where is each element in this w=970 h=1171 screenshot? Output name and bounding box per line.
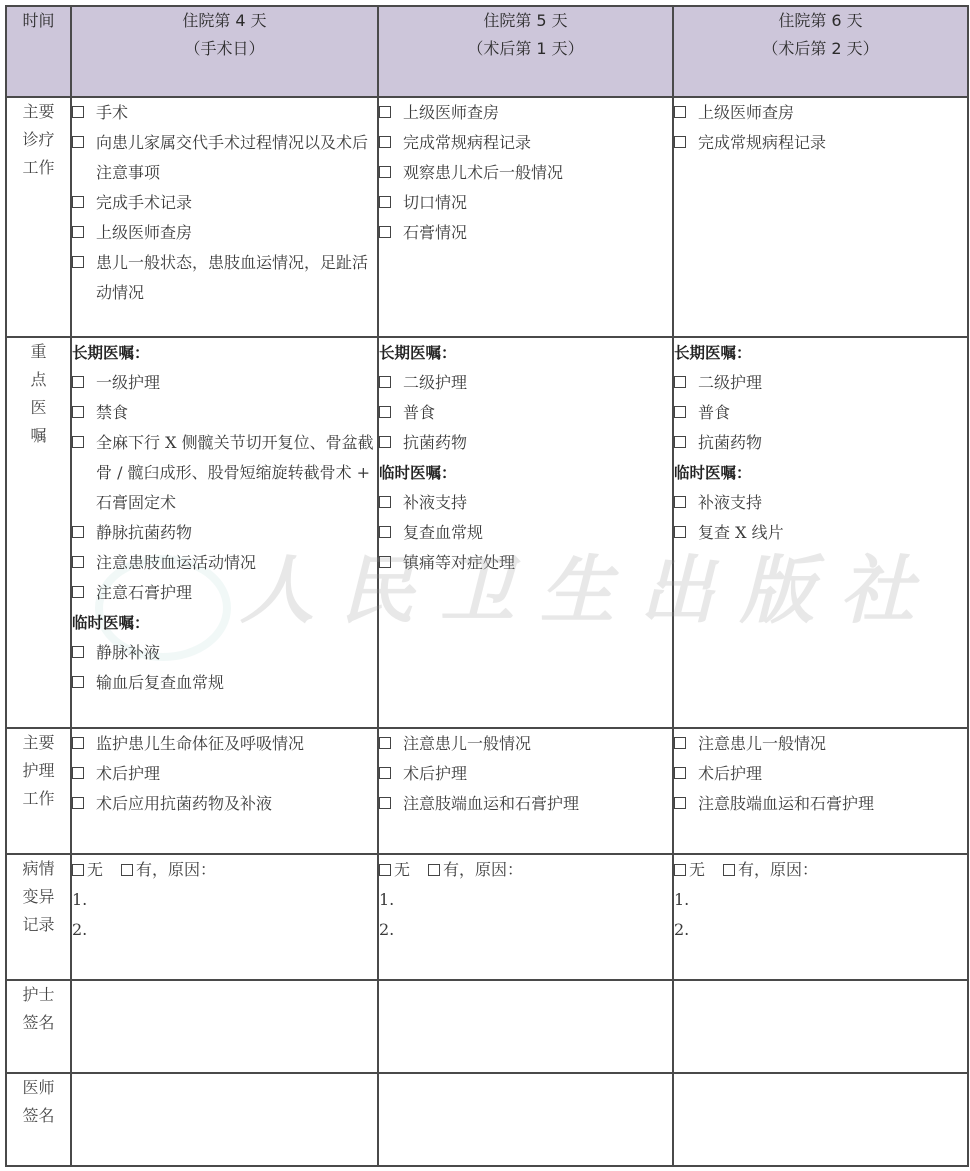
checkbox-icon[interactable] (72, 676, 84, 688)
checklist-item: 镇痛等对症处理 (379, 548, 672, 578)
row-label-text: 工作 (7, 785, 70, 813)
checkbox-none-icon[interactable] (674, 864, 686, 876)
checklist-item-label: 观察患儿术后一般情况 (403, 163, 563, 182)
checklist-item-label: 术后护理 (698, 764, 762, 783)
checklist-item-label: 复查血常规 (403, 523, 483, 542)
checklist-item: 全麻下行 X 侧髋关节切开复位、骨盆截骨 / 髋臼成形、股骨短缩旋转截骨术 + … (72, 428, 377, 518)
long-term-orders-heading: 长期医嘱： (674, 338, 967, 368)
checkbox-icon[interactable] (379, 797, 391, 809)
checklist-item: 石膏情况 (379, 218, 672, 248)
checkbox-icon[interactable] (379, 767, 391, 779)
checklist-item: 术后护理 (674, 759, 967, 789)
row-label-text: 主要 (7, 729, 70, 757)
checkbox-icon[interactable] (379, 226, 391, 238)
variance-options: 无有，原因： (379, 855, 672, 885)
doctor-signature-field[interactable] (673, 1073, 968, 1166)
day-header: 住院第 4 天 （手术日） (71, 6, 378, 97)
row-label-text: 病情 (7, 855, 70, 883)
checklist-item-label: 全麻下行 X 侧髋关节切开复位、骨盆截骨 / 髋臼成形、股骨短缩旋转截骨术 + … (96, 433, 374, 512)
nursing-row: 主要护理工作 监护患儿生命体征及呼吸情况术后护理术后应用抗菌药物及补液 注意患儿… (6, 728, 968, 854)
checklist-item-label: 完成常规病程记录 (698, 133, 826, 152)
option-none-label: 无 (87, 860, 103, 879)
variance-line-2[interactable]: 2. (379, 915, 672, 945)
nurse-signature-field[interactable] (378, 980, 673, 1073)
clinical-pathway-table: 时间 住院第 4 天 （手术日） 住院第 5 天 （术后第 1 天） 住院第 6… (5, 5, 969, 1167)
checklist-item: 输血后复查血常规 (72, 668, 377, 698)
diagnosis-cell: 上级医师查房完成常规病程记录观察患儿术后一般情况切口情况石膏情况 (378, 97, 673, 337)
checkbox-icon[interactable] (674, 436, 686, 448)
option-has-label: 有，原因： (443, 860, 523, 879)
row-label-text: 医 (7, 394, 70, 422)
checkbox-icon[interactable] (72, 436, 84, 448)
checklist-item: 术后护理 (72, 759, 377, 789)
checklist-item-label: 禁食 (96, 403, 128, 422)
checklist-item: 一级护理 (72, 368, 377, 398)
checklist-item: 上级医师查房 (72, 218, 377, 248)
nurse-signature-field[interactable] (673, 980, 968, 1073)
checkbox-icon[interactable] (379, 106, 391, 118)
row-label-text: 主要 (7, 98, 70, 126)
checkbox-icon[interactable] (72, 797, 84, 809)
variance-row: 病情变异记录 无有，原因：1.2. 无有，原因：1.2. 无有，原因：1.2. (6, 854, 968, 980)
checklist-item-label: 注意石膏护理 (96, 583, 192, 602)
checkbox-has-icon[interactable] (428, 864, 440, 876)
option-has-label: 有，原因： (738, 860, 818, 879)
variance-line-1[interactable]: 1. (674, 885, 967, 915)
row-label: 病情变异记录 (6, 854, 71, 980)
checklist-item-label: 静脉补液 (96, 643, 160, 662)
clinical-pathway-page: 时间 住院第 4 天 （手术日） 住院第 5 天 （术后第 1 天） 住院第 6… (0, 0, 970, 1171)
checklist-item: 注意石膏护理 (72, 578, 377, 608)
variance-line-2[interactable]: 2. (72, 915, 377, 945)
checklist-item-label: 镇痛等对症处理 (403, 553, 515, 572)
diagnosis-row: 主要诊疗工作 手术向患儿家属交代手术过程情况以及术后注意事项完成手术记录上级医师… (6, 97, 968, 337)
checklist-item: 观察患儿术后一般情况 (379, 158, 672, 188)
checklist-item: 补液支持 (379, 488, 672, 518)
checkbox-icon[interactable] (379, 136, 391, 148)
checkbox-none-icon[interactable] (379, 864, 391, 876)
diagnosis-cell: 上级医师查房完成常规病程记录 (673, 97, 968, 337)
checklist-item: 抗菌药物 (674, 428, 967, 458)
row-label: 主要诊疗工作 (6, 97, 71, 337)
nurse-signature-field[interactable] (71, 980, 378, 1073)
checkbox-icon[interactable] (674, 496, 686, 508)
variance-line-1[interactable]: 1. (379, 885, 672, 915)
checklist-item: 完成常规病程记录 (674, 128, 967, 158)
nursing-cell: 注意患儿一般情况术后护理注意肢端血运和石膏护理 (378, 728, 673, 854)
time-header: 时间 (6, 6, 71, 97)
variance-line-2[interactable]: 2. (674, 915, 967, 945)
checklist-item-label: 向患儿家属交代手术过程情况以及术后注意事项 (96, 133, 368, 182)
checklist-item: 注意患儿一般情况 (379, 729, 672, 759)
checklist-item-label: 上级医师查房 (96, 223, 192, 242)
row-label-text: 点 (7, 366, 70, 394)
nursing-cell: 注意患儿一般情况术后护理注意肢端血运和石膏护理 (673, 728, 968, 854)
checklist-item-label: 普食 (403, 403, 435, 422)
checkbox-icon[interactable] (72, 406, 84, 418)
variance-cell: 无有，原因：1.2. (378, 854, 673, 980)
checkbox-icon[interactable] (72, 196, 84, 208)
checklist-item-label: 补液支持 (698, 493, 762, 512)
checklist-item: 监护患儿生命体征及呼吸情况 (72, 729, 377, 759)
checklist-item-label: 普食 (698, 403, 730, 422)
checklist-item-label: 石膏情况 (403, 223, 467, 242)
checklist-item-label: 注意患儿一般情况 (403, 734, 531, 753)
checkbox-icon[interactable] (379, 376, 391, 388)
checkbox-icon[interactable] (72, 586, 84, 598)
checklist-item: 切口情况 (379, 188, 672, 218)
checkbox-none-icon[interactable] (72, 864, 84, 876)
checklist-item: 向患儿家属交代手术过程情况以及术后注意事项 (72, 128, 377, 188)
checkbox-icon[interactable] (72, 737, 84, 749)
checklist-item: 二级护理 (379, 368, 672, 398)
temporary-orders-heading: 临时医嘱： (379, 458, 672, 488)
variance-cell: 无有，原因：1.2. (71, 854, 378, 980)
row-label-text: 护士 (7, 981, 70, 1009)
checklist-item: 普食 (674, 398, 967, 428)
checklist-item: 复查 X 线片 (674, 518, 967, 548)
checklist-item: 禁食 (72, 398, 377, 428)
variance-options: 无有，原因： (72, 855, 377, 885)
checklist-item: 抗菌药物 (379, 428, 672, 458)
checklist-item: 上级医师查房 (674, 98, 967, 128)
checkbox-icon[interactable] (674, 136, 686, 148)
day-header: 住院第 5 天 （术后第 1 天） (378, 6, 673, 97)
row-label: 医师签名 (6, 1073, 71, 1166)
checklist-item: 术后护理 (379, 759, 672, 789)
checklist-item-label: 注意肢端血运和石膏护理 (698, 794, 874, 813)
checkbox-has-icon[interactable] (121, 864, 133, 876)
row-label: 主要护理工作 (6, 728, 71, 854)
row-label-text: 重 (7, 338, 70, 366)
checklist-item: 二级护理 (674, 368, 967, 398)
row-label-text: 嘱 (7, 422, 70, 450)
orders-cell: 长期医嘱：一级护理禁食全麻下行 X 侧髋关节切开复位、骨盆截骨 / 髋臼成形、股… (71, 337, 378, 728)
checklist-item-label: 二级护理 (403, 373, 467, 392)
checklist-item-label: 术后护理 (96, 764, 160, 783)
row-label-text: 签名 (7, 1102, 70, 1130)
checkbox-icon[interactable] (379, 737, 391, 749)
doctor-signature-field[interactable] (71, 1073, 378, 1166)
checkbox-icon[interactable] (379, 196, 391, 208)
checklist-item: 补液支持 (674, 488, 967, 518)
option-none-label: 无 (394, 860, 410, 879)
checkbox-icon[interactable] (674, 737, 686, 749)
checkbox-icon[interactable] (674, 767, 686, 779)
checklist-item-label: 输血后复查血常规 (96, 673, 224, 692)
row-label-text: 医师 (7, 1074, 70, 1102)
checklist-item-label: 注意患儿一般情况 (698, 734, 826, 753)
checklist-item-label: 切口情况 (403, 193, 467, 212)
checkbox-icon[interactable] (72, 376, 84, 388)
checklist-item: 上级医师查房 (379, 98, 672, 128)
checklist-item-label: 静脉抗菌药物 (96, 523, 192, 542)
option-has-label: 有，原因： (136, 860, 216, 879)
checkbox-icon[interactable] (72, 256, 84, 268)
checkbox-icon[interactable] (72, 556, 84, 568)
checklist-item: 普食 (379, 398, 672, 428)
checklist-item: 完成手术记录 (72, 188, 377, 218)
orders-cell: 长期医嘱：二级护理普食抗菌药物临时医嘱：补液支持复查血常规镇痛等对症处理 (378, 337, 673, 728)
checkbox-icon[interactable] (674, 406, 686, 418)
checklist-item-label: 抗菌药物 (403, 433, 467, 452)
checkbox-icon[interactable] (674, 106, 686, 118)
row-label: 重点医嘱 (6, 337, 71, 728)
row-label-text: 记录 (7, 911, 70, 939)
checklist-item-label: 术后应用抗菌药物及补液 (96, 794, 272, 813)
variance-options: 无有，原因： (674, 855, 967, 885)
checkbox-icon[interactable] (379, 496, 391, 508)
checklist-item: 静脉抗菌药物 (72, 518, 377, 548)
temporary-orders-heading: 临时医嘱： (674, 458, 967, 488)
checklist-item: 注意患儿一般情况 (674, 729, 967, 759)
checklist-item-label: 完成常规病程记录 (403, 133, 531, 152)
checkbox-icon[interactable] (379, 526, 391, 538)
checklist-item-label: 复查 X 线片 (698, 523, 784, 542)
checkbox-icon[interactable] (674, 376, 686, 388)
temporary-orders-heading: 临时医嘱： (72, 608, 377, 638)
nurse-sign-row: 护士签名 (6, 980, 968, 1073)
checkbox-icon[interactable] (379, 436, 391, 448)
checklist-item-label: 二级护理 (698, 373, 762, 392)
row-label-text: 护理 (7, 757, 70, 785)
checklist-item-label: 上级医师查房 (403, 103, 499, 122)
row-label-text: 诊疗 (7, 126, 70, 154)
checklist-item-label: 注意肢端血运和石膏护理 (403, 794, 579, 813)
orders-row: 重点医嘱 长期医嘱：一级护理禁食全麻下行 X 侧髋关节切开复位、骨盆截骨 / 髋… (6, 337, 968, 728)
header-row: 时间 住院第 4 天 （手术日） 住院第 5 天 （术后第 1 天） 住院第 6… (6, 6, 968, 97)
option-none-label: 无 (689, 860, 705, 879)
checkbox-icon[interactable] (379, 406, 391, 418)
checkbox-icon[interactable] (72, 136, 84, 148)
row-label: 护士签名 (6, 980, 71, 1073)
long-term-orders-heading: 长期医嘱： (72, 338, 377, 368)
checkbox-icon[interactable] (72, 646, 84, 658)
checklist-item: 患儿一般状态，患肢血运情况，足趾活动情况 (72, 248, 377, 308)
checklist-item: 术后应用抗菌药物及补液 (72, 789, 377, 819)
variance-line-1[interactable]: 1. (72, 885, 377, 915)
checkbox-has-icon[interactable] (723, 864, 735, 876)
checklist-item-label: 监护患儿生命体征及呼吸情况 (96, 734, 304, 753)
checklist-item: 注意肢端血运和石膏护理 (379, 789, 672, 819)
checklist-item-label: 补液支持 (403, 493, 467, 512)
checklist-item: 注意患肢血运活动情况 (72, 548, 377, 578)
checkbox-icon[interactable] (72, 226, 84, 238)
checklist-item-label: 患儿一般状态，患肢血运情况，足趾活动情况 (96, 253, 368, 302)
day-header: 住院第 6 天 （术后第 2 天） (673, 6, 968, 97)
checkbox-icon[interactable] (72, 106, 84, 118)
checklist-item: 完成常规病程记录 (379, 128, 672, 158)
checklist-item: 复查血常规 (379, 518, 672, 548)
nursing-cell: 监护患儿生命体征及呼吸情况术后护理术后应用抗菌药物及补液 (71, 728, 378, 854)
orders-cell: 长期医嘱：二级护理普食抗菌药物临时医嘱：补液支持复查 X 线片 (673, 337, 968, 728)
checkbox-icon[interactable] (674, 797, 686, 809)
checklist-item: 手术 (72, 98, 377, 128)
checkbox-icon[interactable] (379, 166, 391, 178)
checkbox-icon[interactable] (72, 767, 84, 779)
checkbox-icon[interactable] (674, 526, 686, 538)
checklist-item-label: 一级护理 (96, 373, 160, 392)
variance-cell: 无有，原因：1.2. (673, 854, 968, 980)
diagnosis-cell: 手术向患儿家属交代手术过程情况以及术后注意事项完成手术记录上级医师查房患儿一般状… (71, 97, 378, 337)
row-label-text: 变异 (7, 883, 70, 911)
doctor-signature-field[interactable] (378, 1073, 673, 1166)
checklist-item-label: 术后护理 (403, 764, 467, 783)
checklist-item-label: 抗菌药物 (698, 433, 762, 452)
checklist-item-label: 上级医师查房 (698, 103, 794, 122)
checklist-item-label: 完成手术记录 (96, 193, 192, 212)
checkbox-icon[interactable] (72, 526, 84, 538)
checklist-item: 静脉补液 (72, 638, 377, 668)
row-label-text: 签名 (7, 1009, 70, 1037)
doctor-sign-row: 医师签名 (6, 1073, 968, 1166)
checklist-item-label: 注意患肢血运活动情况 (96, 553, 256, 572)
checkbox-icon[interactable] (379, 556, 391, 568)
row-label-text: 工作 (7, 154, 70, 182)
long-term-orders-heading: 长期医嘱： (379, 338, 672, 368)
checklist-item: 注意肢端血运和石膏护理 (674, 789, 967, 819)
checklist-item-label: 手术 (96, 103, 128, 122)
